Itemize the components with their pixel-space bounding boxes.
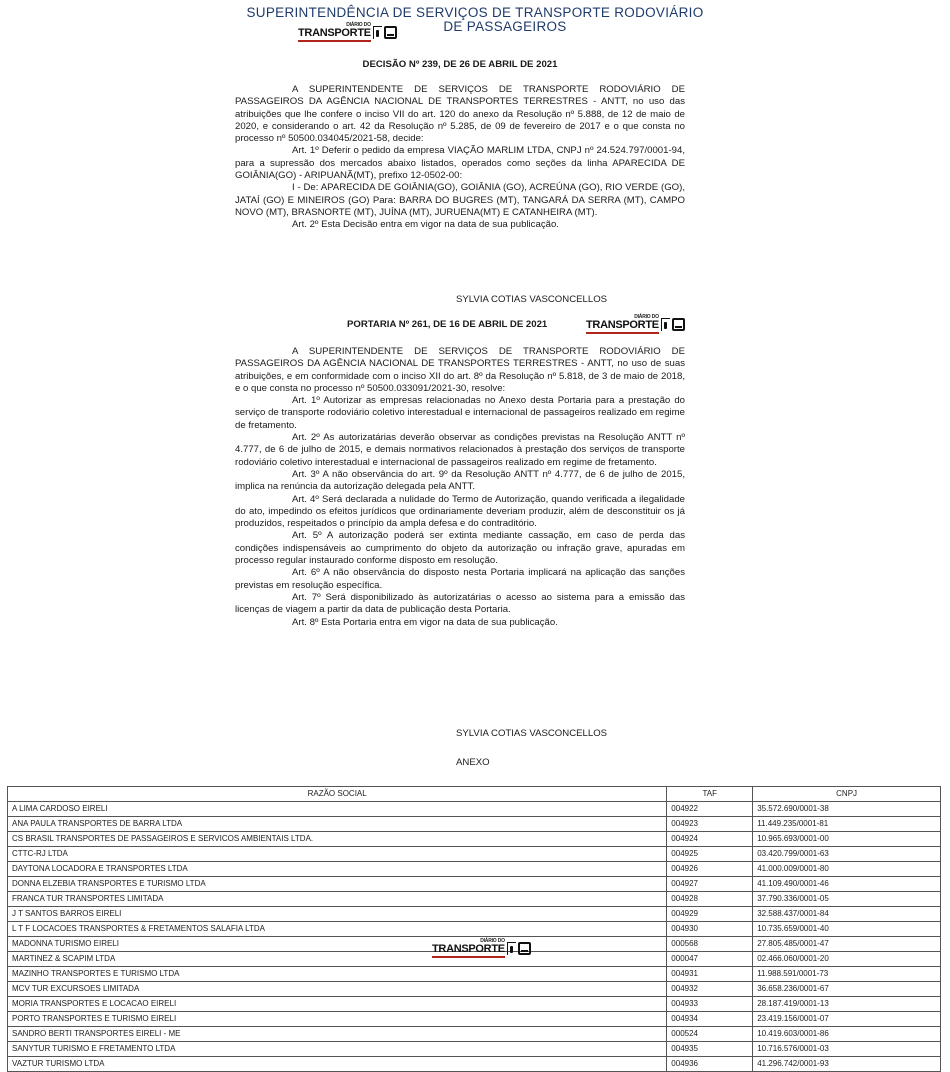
bus-icon — [518, 942, 531, 955]
diario-do-transporte-logo: DIÁRIO DO TRANSPORTE — [586, 314, 685, 334]
table-header-row: RAZÃO SOCIAL TAF CNPJ — [8, 787, 941, 802]
table-row: SANYTUR TURISMO E FRETAMENTO LTDA0049351… — [8, 1042, 941, 1057]
annex-table: RAZÃO SOCIAL TAF CNPJ A LIMA CARDOSO EIR… — [7, 786, 941, 1072]
cell-razao-social: CTTC-RJ LTDA — [8, 847, 667, 862]
table-row: CS BRASIL TRANSPORTES DE PASSAGEIROS E S… — [8, 832, 941, 847]
logo-big-text: TRANSPORTE — [432, 944, 505, 958]
cell-taf: 004923 — [667, 817, 753, 832]
table-row: MORIA TRANSPORTES E LOCACAO EIRELI004933… — [8, 997, 941, 1012]
cell-taf: 004933 — [667, 997, 753, 1012]
cell-taf: 004934 — [667, 1012, 753, 1027]
cell-taf: 004922 — [667, 802, 753, 817]
table-row: DAYTONA LOCADORA E TRANSPORTES LTDA00492… — [8, 862, 941, 877]
annex-label: ANEXO — [456, 757, 490, 768]
diario-do-transporte-logo: DIÁRIO DO TRANSPORTE — [432, 938, 531, 958]
cell-taf: 004928 — [667, 892, 753, 907]
portaria-heading: PORTARIA Nº 261, DE 16 DE ABRIL DE 2021 — [347, 319, 547, 330]
table-row: VAZTUR TURISMO LTDA00493641.296.742/0001… — [8, 1057, 941, 1072]
cell-cnpj: 10.965.693/0001-00 — [753, 832, 941, 847]
cell-razao-social: J T SANTOS BARROS EIRELI — [8, 907, 667, 922]
cell-cnpj: 41.296.742/0001-93 — [753, 1057, 941, 1072]
cell-razao-social: DAYTONA LOCADORA E TRANSPORTES LTDA — [8, 862, 667, 877]
table-row: MAZINHO TRANSPORTES E TURISMO LTDA004931… — [8, 967, 941, 982]
cell-taf: 000047 — [667, 952, 753, 967]
column-header-razao-social: RAZÃO SOCIAL — [8, 787, 667, 802]
portaria-paragraph: Art. 1º Autorizar as empresas relacionad… — [235, 395, 685, 432]
cell-taf: 004925 — [667, 847, 753, 862]
cell-razao-social: SANDRO BERTI TRANSPORTES EIRELI - ME — [8, 1027, 667, 1042]
decision-paragraph: Art. 1º Deferir o pedido da empresa VIAÇ… — [235, 145, 685, 182]
cell-razao-social: MORIA TRANSPORTES E LOCACAO EIRELI — [8, 997, 667, 1012]
portaria-paragraph: Art. 6º A não observância do disposto ne… — [235, 567, 685, 592]
cell-cnpj: 37.790.336/0001-05 — [753, 892, 941, 907]
cell-taf: 004926 — [667, 862, 753, 877]
portaria-paragraph: Art. 3º A não observância do art. 9º da … — [235, 469, 685, 494]
cell-razao-social: MCV TUR EXCURSOES LIMITADA — [8, 982, 667, 997]
table-row: CTTC-RJ LTDA00492503.420.799/0001-63 — [8, 847, 941, 862]
cell-taf: 000524 — [667, 1027, 753, 1042]
decision-signature: SYLVIA COTIAS VASCONCELLOS — [456, 294, 607, 305]
decision-body: A SUPERINTENDENTE DE SERVIÇOS DE TRANSPO… — [235, 84, 685, 232]
table-row: PORTO TRANSPORTES E TURISMO EIRELI004934… — [8, 1012, 941, 1027]
portaria-paragraph: Art. 2º As autorizatárias deverão observ… — [235, 432, 685, 469]
cell-taf: 004927 — [667, 877, 753, 892]
logo-big-text: TRANSPORTE — [586, 320, 659, 334]
cell-taf: 004924 — [667, 832, 753, 847]
cell-razao-social: A LIMA CARDOSO EIRELI — [8, 802, 667, 817]
table-row: L T F LOCACOES TRANSPORTES & FRETAMENTOS… — [8, 922, 941, 937]
table-row: J T SANTOS BARROS EIRELI00492932.588.437… — [8, 907, 941, 922]
table-row: MCV TUR EXCURSOES LIMITADA00493236.658.2… — [8, 982, 941, 997]
portaria-paragraph: A SUPERINTENDENTE DE SERVIÇOS DE TRANSPO… — [235, 346, 685, 395]
cell-razao-social: FRANCA TUR TRANSPORTES LIMITADA — [8, 892, 667, 907]
portaria-paragraph: Art. 5º A autorização poderá ser extinta… — [235, 530, 685, 567]
table-row: DONNA ELZEBIA TRANSPORTES E TURISMO LTDA… — [8, 877, 941, 892]
cell-razao-social: ANA PAULA TRANSPORTES DE BARRA LTDA — [8, 817, 667, 832]
portaria-body: A SUPERINTENDENTE DE SERVIÇOS DE TRANSPO… — [235, 346, 685, 629]
cell-razao-social: MARTINEZ & SCAPIM LTDA — [8, 952, 667, 967]
cell-cnpj: 10.735.659/0001-40 — [753, 922, 941, 937]
portaria-paragraph: Art. 4º Será declarada a nulidade do Ter… — [235, 494, 685, 531]
cell-razao-social: CS BRASIL TRANSPORTES DE PASSAGEIROS E S… — [8, 832, 667, 847]
cell-cnpj: 27.805.485/0001-47 — [753, 937, 941, 952]
cell-cnpj: 03.420.799/0001-63 — [753, 847, 941, 862]
column-header-taf: TAF — [667, 787, 753, 802]
table-row: FRANCA TUR TRANSPORTES LIMITADA00492837.… — [8, 892, 941, 907]
cell-cnpj: 41.000.009/0001-80 — [753, 862, 941, 877]
cell-cnpj: 02.466.060/0001-20 — [753, 952, 941, 967]
cell-taf: 004931 — [667, 967, 753, 982]
logo-big-text: TRANSPORTE — [298, 28, 371, 42]
cell-razao-social: MAZINHO TRANSPORTES E TURISMO LTDA — [8, 967, 667, 982]
cell-taf: 004930 — [667, 922, 753, 937]
cell-cnpj: 23.419.156/0001-07 — [753, 1012, 941, 1027]
cell-taf: 000568 — [667, 937, 753, 952]
page-header-title: SUPERINTENDÊNCIA DE SERVIÇOS DE TRANSPOR… — [0, 6, 950, 34]
annex-table-body: A LIMA CARDOSO EIRELI00492235.572.690/00… — [8, 802, 941, 1072]
table-row: ANA PAULA TRANSPORTES DE BARRA LTDA00492… — [8, 817, 941, 832]
cell-taf: 004935 — [667, 1042, 753, 1057]
portaria-signature: SYLVIA COTIAS VASCONCELLOS — [456, 728, 607, 739]
table-row: SANDRO BERTI TRANSPORTES EIRELI - ME0005… — [8, 1027, 941, 1042]
cell-razao-social: MADONNA TURISMO EIRELI — [8, 937, 667, 952]
cell-cnpj: 36.658.236/0001-67 — [753, 982, 941, 997]
decision-heading: DECISÃO Nº 239, DE 26 DE ABRIL DE 2021 — [235, 59, 685, 70]
cell-cnpj: 11.449.235/0001-81 — [753, 817, 941, 832]
cell-cnpj: 28.187.419/0001-13 — [753, 997, 941, 1012]
cell-taf: 004936 — [667, 1057, 753, 1072]
cell-razao-social: VAZTUR TURISMO LTDA — [8, 1057, 667, 1072]
cell-cnpj: 10.716.576/0001-03 — [753, 1042, 941, 1057]
bus-stop-icon — [373, 26, 382, 39]
bus-icon — [384, 26, 397, 39]
portaria-paragraph: Art. 8º Esta Portaria entra em vigor na … — [235, 617, 685, 629]
cell-cnpj: 11.988.591/0001-73 — [753, 967, 941, 982]
cell-razao-social: SANYTUR TURISMO E FRETAMENTO LTDA — [8, 1042, 667, 1057]
diario-do-transporte-logo: DIÁRIO DO TRANSPORTE — [298, 22, 397, 42]
cell-cnpj: 35.572.690/0001-38 — [753, 802, 941, 817]
bus-icon — [672, 318, 685, 331]
decision-paragraph: I - De: APARECIDA DE GOIÂNIA(GO), GOIÂNI… — [235, 182, 685, 219]
cell-razao-social: PORTO TRANSPORTES E TURISMO EIRELI — [8, 1012, 667, 1027]
bus-stop-icon — [661, 318, 670, 331]
cell-cnpj: 41.109.490/0001-46 — [753, 877, 941, 892]
table-row: A LIMA CARDOSO EIRELI00492235.572.690/00… — [8, 802, 941, 817]
header-title-line2: DE PASSAGEIROS — [0, 20, 950, 34]
column-header-cnpj: CNPJ — [753, 787, 941, 802]
cell-razao-social: DONNA ELZEBIA TRANSPORTES E TURISMO LTDA — [8, 877, 667, 892]
cell-cnpj: 10.419.603/0001-86 — [753, 1027, 941, 1042]
cell-taf: 004929 — [667, 907, 753, 922]
cell-taf: 004932 — [667, 982, 753, 997]
cell-razao-social: L T F LOCACOES TRANSPORTES & FRETAMENTOS… — [8, 922, 667, 937]
decision-paragraph: A SUPERINTENDENTE DE SERVIÇOS DE TRANSPO… — [235, 84, 685, 145]
portaria-paragraph: Art. 7º Será disponibilizado às autoriza… — [235, 592, 685, 617]
bus-stop-icon — [507, 942, 516, 955]
decision-paragraph: Art. 2º Esta Decisão entra em vigor na d… — [235, 219, 685, 231]
cell-cnpj: 32.588.437/0001-84 — [753, 907, 941, 922]
header-title-line1: SUPERINTENDÊNCIA DE SERVIÇOS DE TRANSPOR… — [0, 6, 950, 20]
